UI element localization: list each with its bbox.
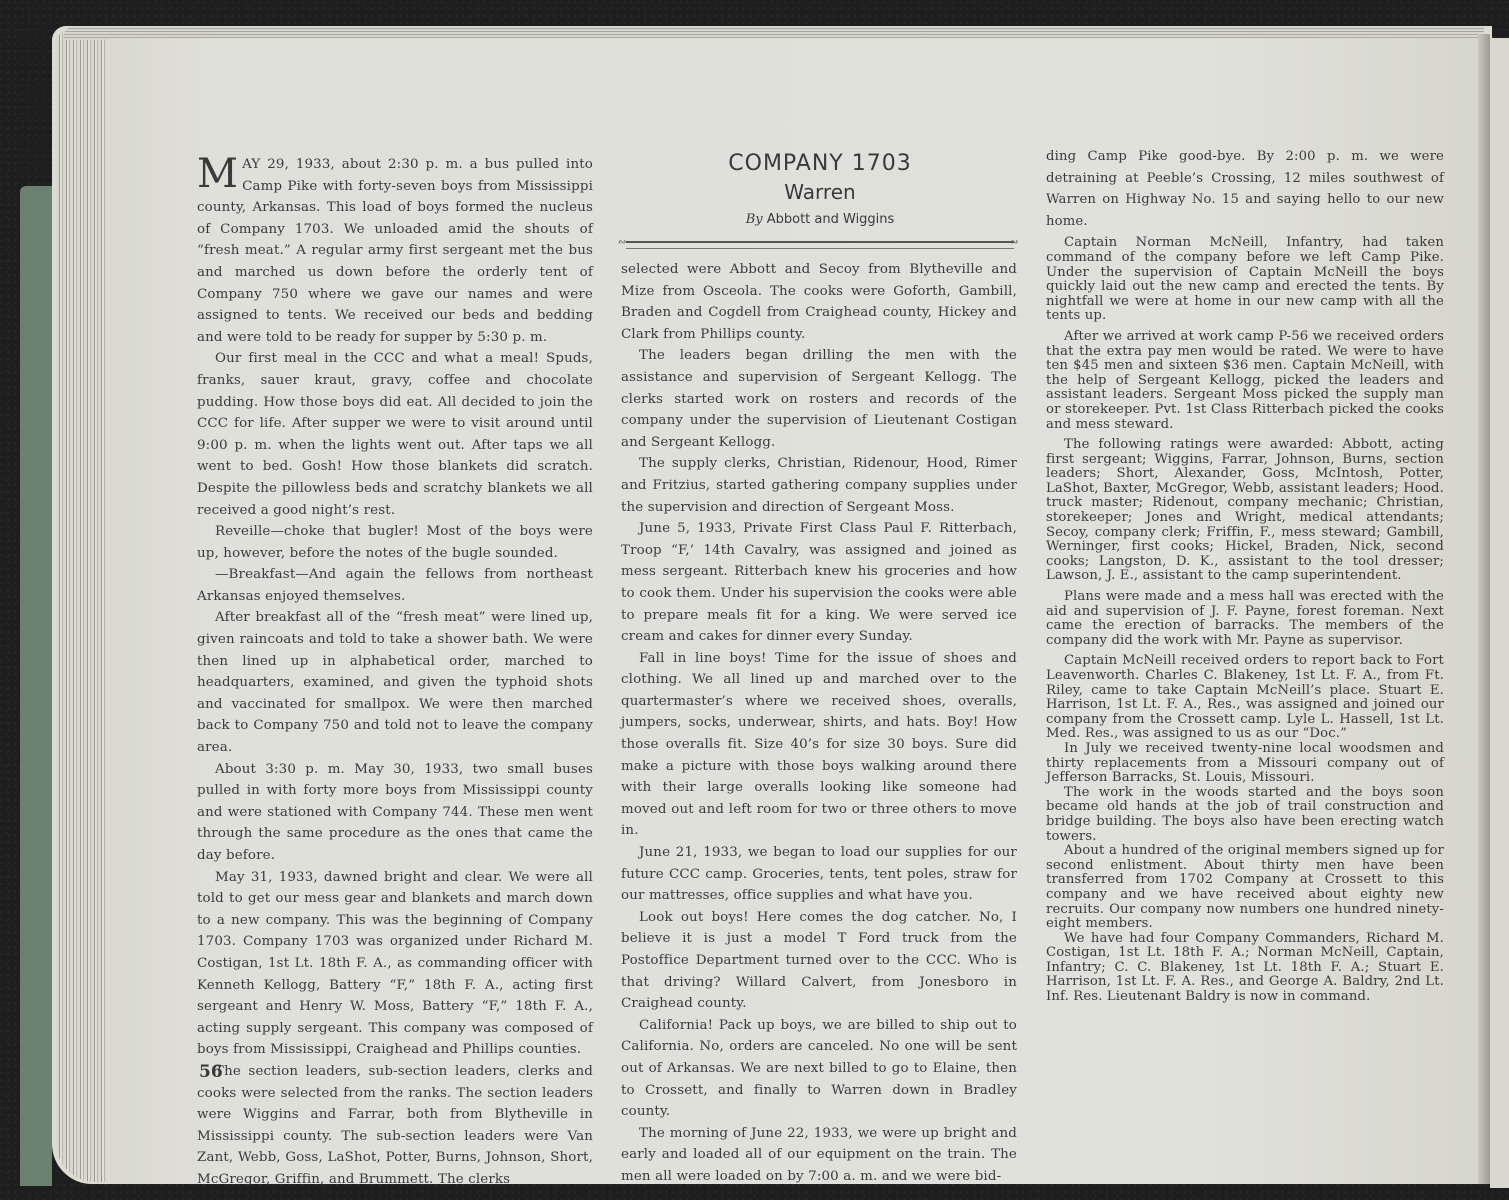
- paragraph: Our first meal in the CCC and what a mea…: [197, 348, 593, 521]
- paragraph: The following ratings were awarded: Abbo…: [1046, 438, 1444, 584]
- column-left: MAY 29, 1933, about 2:30 p. m. a bus pul…: [197, 154, 593, 1191]
- paragraph: California! Pack up boys, we are billed …: [621, 1015, 1017, 1123]
- article-subtitle: Warren: [620, 178, 1020, 206]
- paragraph: ding Camp Pike good-bye. By 2:00 p. m. w…: [1046, 146, 1444, 232]
- page-number: 56: [199, 1062, 223, 1082]
- article-title: COMPANY 1703: [620, 150, 1020, 178]
- paragraph: About a hundred of the original members …: [1046, 844, 1444, 932]
- paragraph: June 21, 1933, we began to load our supp…: [621, 842, 1017, 907]
- byline-prefix: By: [746, 212, 763, 227]
- paragraph: June 5, 1933, Private First Class Paul F…: [621, 518, 1017, 648]
- byline: By Abbott and Wiggins: [620, 212, 1020, 227]
- paragraph: The leaders began drilling the men with …: [621, 345, 1017, 453]
- paragraph: The work in the woods started and the bo…: [1046, 786, 1444, 844]
- title-rule: [626, 241, 1014, 249]
- drop-cap: M: [197, 157, 238, 191]
- green-bookmark-tab: [20, 186, 52, 1186]
- paragraph: Look out boys! Here comes the dog catche…: [621, 907, 1017, 1015]
- paragraph: Plans were made and a mess hall was erec…: [1046, 590, 1444, 648]
- gutter-shadow: [1478, 34, 1490, 1184]
- facing-page-edge: [1490, 38, 1509, 1188]
- paragraph: Captain McNeill received orders to repor…: [1046, 654, 1444, 742]
- page-edges-left: [56, 32, 108, 1182]
- article-header: COMPANY 1703 Warren By Abbott and Wiggin…: [620, 150, 1020, 227]
- paragraph-text: AY 29, 1933, about 2:30 p. m. a bus pull…: [197, 157, 593, 345]
- paragraph: After we arrived at work camp P-56 we re…: [1046, 330, 1444, 432]
- paragraph: The morning of June 22, 1933, we were up…: [621, 1123, 1017, 1188]
- paragraph: —Breakfast—And again the fellows from no…: [197, 564, 593, 607]
- paragraph: After breakfast all of the “fresh meat” …: [197, 607, 593, 758]
- paragraph: Reveille—choke that bugler! Most of the …: [197, 521, 593, 564]
- column-middle: selected were Abbott and Secoy from Blyt…: [621, 259, 1017, 1188]
- column-right: ding Camp Pike good-bye. By 2:00 p. m. w…: [1046, 146, 1444, 1005]
- paragraph: The supply clerks, Christian, Ridenour, …: [621, 453, 1017, 518]
- paragraph: Captain Norman McNeill, Infantry, had ta…: [1046, 236, 1444, 324]
- byline-authors: Abbott and Wiggins: [767, 212, 895, 227]
- paragraph: selected were Abbott and Secoy from Blyt…: [621, 259, 1017, 345]
- paragraph: We have had four Company Commanders, Ric…: [1046, 932, 1444, 1005]
- paragraph: Fall in line boys! Time for the issue of…: [621, 648, 1017, 842]
- paragraph: In July we received twenty-nine local wo…: [1046, 742, 1444, 786]
- paragraph: The section leaders, sub-section leaders…: [197, 1061, 593, 1191]
- paragraph: About 3:30 p. m. May 30, 1933, two small…: [197, 759, 593, 867]
- paragraph: MAY 29, 1933, about 2:30 p. m. a bus pul…: [197, 154, 593, 348]
- paragraph: May 31, 1933, dawned bright and clear. W…: [197, 867, 593, 1061]
- ornament-right-icon: ∾: [1010, 237, 1018, 248]
